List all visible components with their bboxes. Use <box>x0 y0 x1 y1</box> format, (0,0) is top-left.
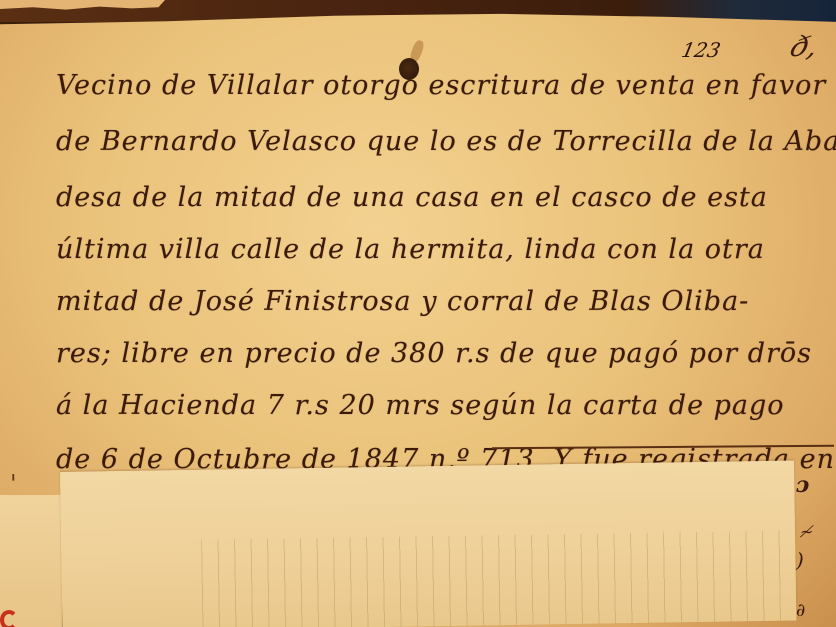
text-line: desa de la mitad de una casa en el casco… <box>56 182 768 213</box>
red-logo-mark <box>0 610 18 627</box>
text-line: última villa calle de la hermita, linda … <box>56 234 765 265</box>
torn-paper-edge <box>0 0 165 12</box>
page-number: 123 <box>679 38 722 62</box>
notebook-ruling <box>201 531 786 627</box>
text-line: mitad de José Finistrosa y corral de Bla… <box>56 286 749 317</box>
margin-mark: ∂ <box>796 600 805 621</box>
notebook-left-page <box>0 495 63 627</box>
margin-mark: ) <box>796 548 804 572</box>
margin-mark: ɔ <box>796 472 809 498</box>
text-line: á la Hacienda 7 r.s 20 mrs según la cart… <box>56 390 785 421</box>
text-line: res; libre en precio de 380 r.s de que p… <box>56 338 812 369</box>
notebook-overlay <box>60 460 796 627</box>
text-line: Vecino de Villalar otorgó escritura de v… <box>56 70 826 101</box>
margin-mark: ≁ <box>800 522 813 541</box>
text-line: de Bernardo Velasco que lo es de Torreci… <box>56 126 836 157</box>
